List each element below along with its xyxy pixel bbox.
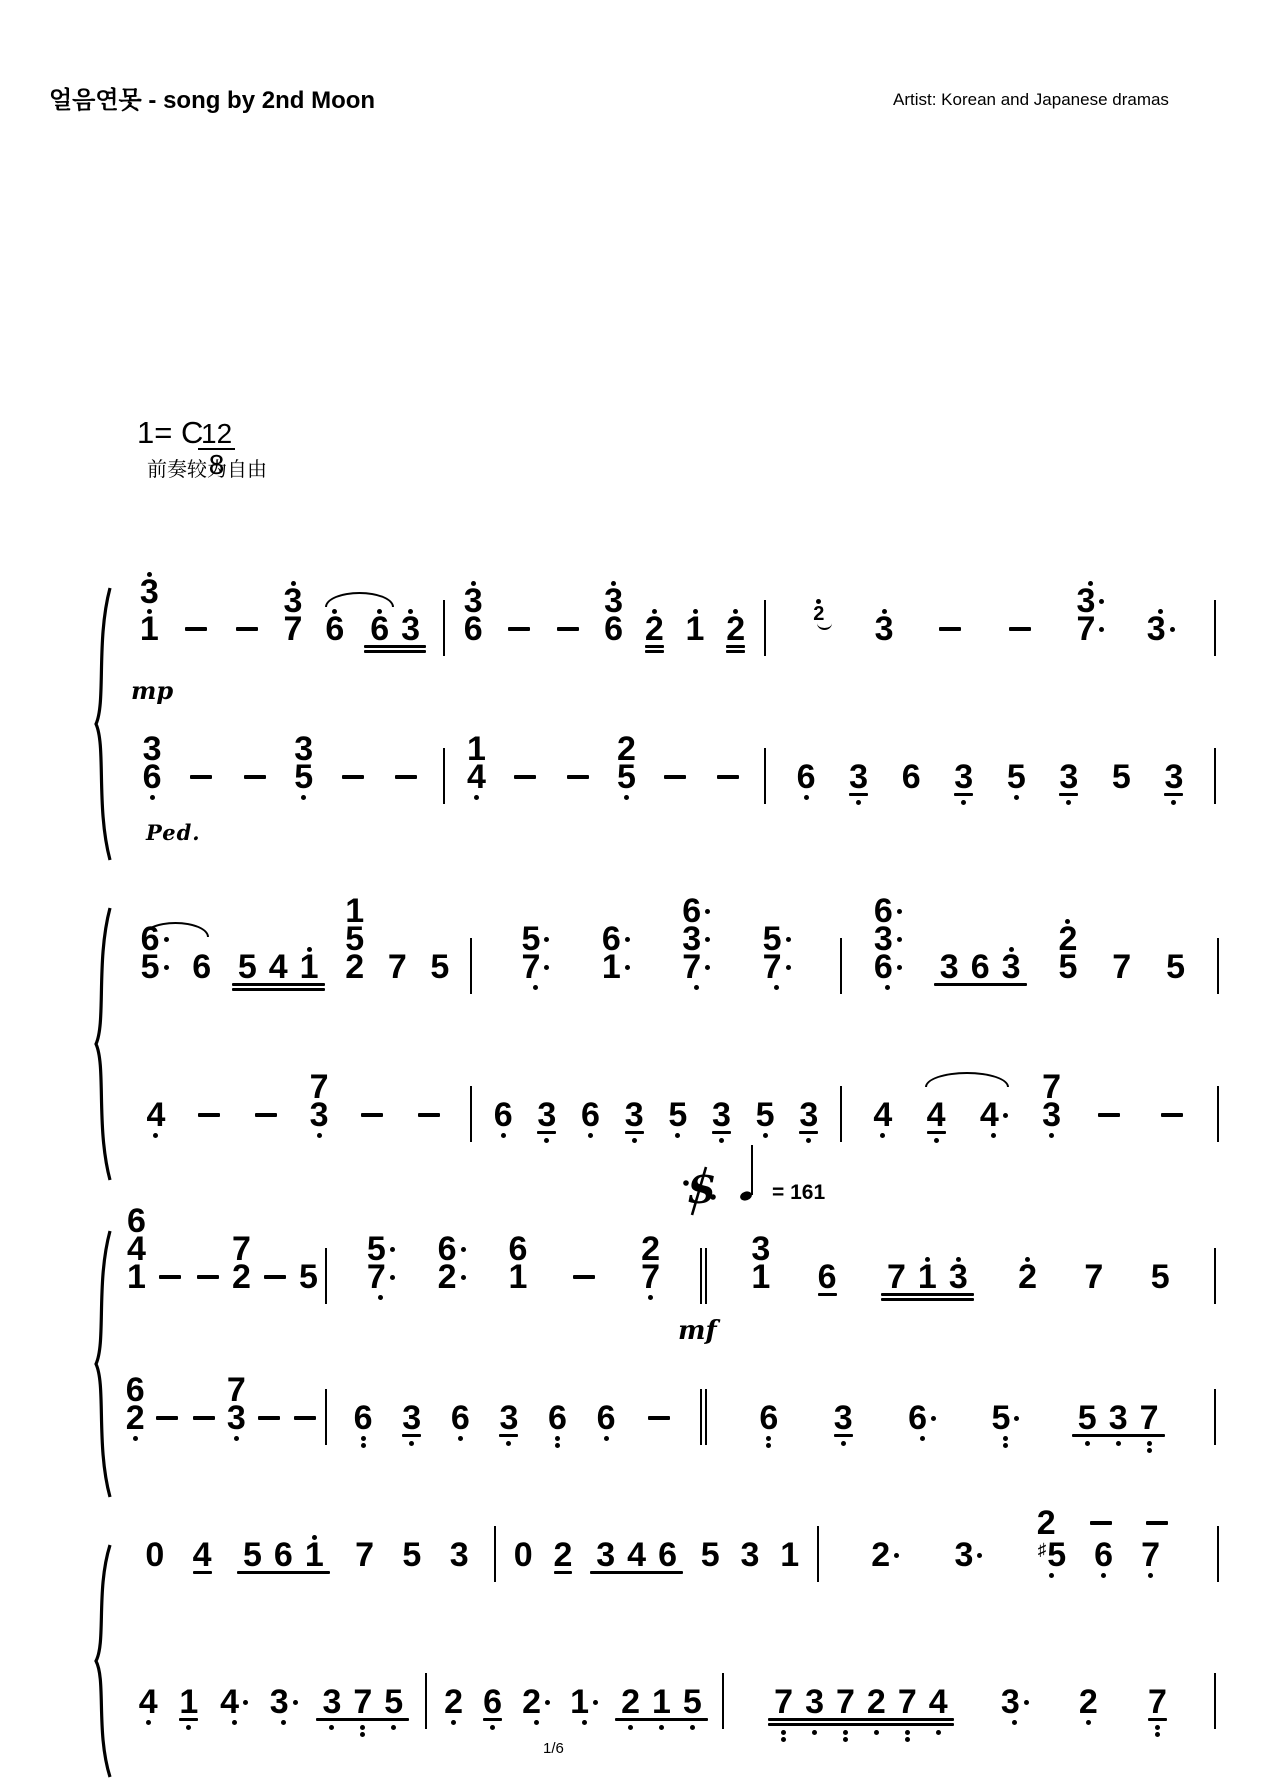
octave-dots-down (534, 1720, 539, 1725)
chord: 25 (1055, 917, 1080, 1008)
note-digit: 5 (668, 1102, 687, 1128)
chord: 62 (123, 1377, 148, 1459)
underline (483, 1718, 502, 1721)
augmentation-dot (544, 937, 549, 942)
note: 6 (756, 1405, 781, 1459)
group-member: 6 (268, 1542, 299, 1568)
below-zone (955, 1568, 983, 1596)
octave-dots-down (1066, 800, 1071, 805)
octave-dot (391, 1725, 396, 1730)
glyph (700, 1248, 702, 1304)
note-digit: 6 (1094, 1542, 1113, 1568)
note: 2 (868, 1542, 902, 1596)
voice-block: 2♯567 (1035, 1510, 1168, 1596)
note: 1 (567, 1689, 601, 1743)
barline (1214, 1248, 1216, 1304)
octave-dot (555, 1436, 560, 1441)
chord: 61 (505, 1236, 530, 1318)
octave-dot (146, 1720, 151, 1725)
note-digit: 2 (867, 1689, 886, 1715)
note-digit: 2 (726, 616, 745, 642)
note-digit: 2 (1018, 1264, 1037, 1290)
note-digit: 3 (537, 1102, 556, 1128)
group-below (1072, 1431, 1165, 1459)
note: 2 (519, 1689, 553, 1743)
underline (537, 1131, 556, 1134)
octave-dots-down (361, 1436, 366, 1448)
octave-dots-down (1116, 1441, 1121, 1446)
grace-note: 2 (802, 597, 835, 630)
octave-dot (1147, 1441, 1152, 1446)
note-digit: 3 (596, 1542, 615, 1568)
glyph (347, 1723, 378, 1737)
octave-dot (317, 1133, 322, 1138)
underline (1148, 1718, 1167, 1721)
underline (712, 1131, 731, 1134)
octave-dot (812, 1730, 817, 1735)
measure: 6365537 (707, 1329, 1214, 1459)
octave-dot (360, 1725, 365, 1730)
octave-dot (1085, 1441, 1090, 1446)
note-digit: 7 (763, 954, 791, 980)
note: 6 (815, 1264, 840, 1318)
note-digit: 5 (430, 954, 449, 980)
group-member: 3 (943, 1255, 974, 1290)
below-zone (522, 1715, 550, 1743)
note: 3 (1144, 607, 1178, 670)
note-digit: 2 (645, 616, 664, 642)
below-zone (780, 1568, 799, 1596)
duration-dash (190, 775, 212, 779)
octave-dots-down (961, 800, 966, 805)
octave-dots-down (1086, 1720, 1091, 1725)
note-digit: 0 (145, 1542, 164, 1568)
octave-dots-down (936, 1730, 941, 1735)
group-member: 6 (965, 954, 996, 980)
underline (193, 1571, 212, 1574)
sheet-music-page: { "header": { "title": "얼음연못 - song by 2… (0, 0, 1264, 1783)
note: 1 (777, 1542, 802, 1596)
octave-dots-down (1085, 1441, 1090, 1446)
note-digit: 7 (367, 1264, 395, 1290)
note: 5 (427, 954, 452, 1008)
octave-dot (843, 1730, 848, 1735)
octave-dots-down (675, 1133, 680, 1138)
underline (1164, 793, 1183, 796)
below-zone (1059, 790, 1078, 818)
below-zone (954, 790, 973, 818)
augmentation-dot (1099, 627, 1104, 632)
note: 4 (924, 1102, 949, 1156)
below-zone (450, 1568, 469, 1596)
note-digit: 7 (1141, 1542, 1160, 1568)
note-digit: 2 (871, 1542, 899, 1568)
note: 3 (872, 607, 897, 670)
system-2-treble: 656541152755761637576363632575 (120, 878, 1219, 1008)
note-digit: 2 (438, 1264, 466, 1290)
octave-dot (360, 1732, 365, 1737)
octave-dots-down (719, 1138, 724, 1143)
note: 6 (322, 607, 347, 670)
note: 2 (551, 1542, 576, 1596)
group-member: 1 (646, 1689, 677, 1715)
note: 6 (491, 1102, 516, 1156)
octave-dot (232, 1720, 237, 1725)
below-zone (712, 1128, 731, 1156)
octave-dot (490, 1725, 495, 1730)
underline (934, 983, 1027, 986)
below-zone (741, 1568, 760, 1596)
system-4-treble: 0456175302346531232♯567 (120, 1466, 1219, 1596)
note: 0 (511, 1542, 536, 1596)
note: 6 (899, 764, 924, 818)
duration-dash (255, 1113, 277, 1117)
chord: 641 (124, 1208, 149, 1318)
octave-dot (153, 1133, 158, 1138)
measure: 23373 (766, 540, 1214, 670)
below-zone (548, 1431, 567, 1459)
below-zone (991, 1431, 1019, 1459)
group-member: 3 (799, 1689, 830, 1715)
octave-dots-down (555, 1436, 560, 1448)
chord-member: 2 (1058, 917, 1077, 952)
glyph (892, 1728, 923, 1742)
note: 4 (870, 1102, 895, 1156)
octave-dots-down (841, 1441, 846, 1446)
note-digit: 5 (1166, 954, 1185, 980)
octave-dots-down (378, 1295, 383, 1300)
underline (726, 645, 745, 648)
note-digit: 4 (873, 1102, 892, 1128)
octave-dot (506, 1441, 511, 1446)
below-zone (444, 1715, 463, 1743)
below-zone (402, 1431, 421, 1459)
note: 6 (351, 1405, 376, 1459)
octave-dot (961, 800, 966, 805)
octave-dot (1116, 1441, 1121, 1446)
below-zone (554, 1568, 573, 1596)
duration-dash (264, 1275, 286, 1279)
below-zone (726, 642, 745, 670)
note-digit: 6 (192, 954, 211, 980)
note-digit: 1 (780, 1542, 799, 1568)
chord: 36 (461, 579, 486, 670)
octave-dot (361, 1443, 366, 1448)
octave-dots-down (451, 1720, 456, 1725)
chord: 35 (291, 736, 316, 818)
barline (1217, 938, 1219, 994)
note-digit: 3 (875, 616, 894, 642)
note: 7 (1109, 954, 1134, 1008)
note-digit: 3 (270, 1689, 298, 1715)
note-digit: 6 (597, 1405, 616, 1431)
note: 3 (622, 1102, 647, 1156)
duration-dash (1161, 1113, 1183, 1117)
duration-dash (236, 627, 258, 631)
chord: 36 (601, 579, 626, 670)
glyph (615, 1723, 708, 1730)
note: 3 (1161, 764, 1186, 818)
underline (625, 1131, 644, 1134)
below-zone (354, 1431, 373, 1459)
augmentation-dot (593, 1700, 598, 1705)
note-digit: 3 (712, 1102, 731, 1128)
octave-dot (409, 1441, 414, 1446)
glyph (316, 1723, 347, 1737)
augmentation-dot (897, 965, 902, 970)
below-zone (908, 1431, 936, 1459)
augmentation-dot (461, 1275, 466, 1280)
augmentation-dot (705, 937, 710, 942)
note-digit: 6 (604, 616, 623, 642)
note-digit: 7 (898, 1689, 917, 1715)
group-member: 7 (1134, 1405, 1165, 1431)
duration-dash (418, 1113, 440, 1117)
note-digit: 6 (759, 1405, 778, 1431)
octave-dots-down (856, 800, 861, 805)
note-digit: 3 (954, 764, 973, 790)
measure: 3137663 (120, 540, 443, 670)
note: 5 (1004, 764, 1029, 818)
note: 3 (831, 1405, 856, 1459)
group-member: 3 (1103, 1405, 1134, 1431)
barline (1217, 1086, 1219, 1142)
beam-group: 713 (881, 1255, 974, 1318)
octave-dots-down (934, 1138, 939, 1143)
duration-dash (1146, 1521, 1168, 1525)
note: 1 (176, 1689, 201, 1743)
note-digit: 6 (274, 1542, 293, 1568)
octave-dots-down (360, 1725, 365, 1737)
system-1-treble: 3137663363621223373 (120, 540, 1216, 670)
octave-dots-down (812, 1730, 817, 1735)
duration-dash (258, 1416, 280, 1420)
note: 6 (480, 1689, 505, 1743)
octave-dots-down (659, 1725, 664, 1730)
octave-dots-down (1003, 1436, 1008, 1448)
augmentation-dot (894, 1553, 899, 1558)
underline (768, 1718, 954, 1721)
note: 3 (447, 1542, 472, 1596)
note: 3 (998, 1689, 1032, 1743)
below-zone (355, 1568, 374, 1596)
below-zone (1166, 980, 1185, 1008)
note: 3 (399, 1405, 424, 1459)
below-zone (310, 1128, 329, 1156)
below-zone (581, 1128, 600, 1156)
note-digit: 5 (243, 1542, 262, 1568)
note-digit: 7 (355, 1542, 374, 1568)
duration-dash (361, 1113, 383, 1117)
note-digit: 3 (401, 616, 420, 642)
measure: 4143375 (120, 1613, 425, 1743)
glyph: 215 (615, 1689, 708, 1715)
note-digit: 1 (305, 1542, 324, 1568)
octave-dot (905, 1737, 910, 1742)
octave-dot (905, 1730, 910, 1735)
note: ♯5 (1035, 1542, 1069, 1596)
note-digit: 7 (521, 954, 549, 980)
octave-dot (675, 1133, 680, 1138)
note-digit: 3 (310, 1102, 329, 1128)
note-digit: 2 (444, 1689, 463, 1715)
underline (726, 650, 745, 653)
duration-dash (1098, 1113, 1120, 1117)
underline (237, 1571, 330, 1574)
note-digit: 6 (494, 1102, 513, 1128)
note-digit: 3 (1002, 954, 1021, 980)
measure: 3636212 (445, 540, 764, 670)
measure: 3635 (120, 688, 443, 818)
measure: 63635353 (472, 1026, 840, 1156)
below-zone (126, 1431, 145, 1459)
chord-member: 3 (284, 579, 303, 614)
below-zone (270, 1715, 298, 1743)
augmentation-dot (931, 1416, 936, 1421)
barline (1214, 1389, 1216, 1445)
group-member: 1 (912, 1255, 943, 1290)
group-member: 5 (1072, 1405, 1103, 1431)
below-zone (873, 1128, 892, 1156)
octave-dots-down (232, 1720, 237, 1725)
note-digit: 7 (836, 1689, 855, 1715)
chord: 57 (518, 926, 552, 1008)
below-zone (902, 790, 921, 818)
octave-dots-down (281, 1720, 286, 1725)
measure: 02346531 (496, 1466, 817, 1596)
note-digit: 5 (299, 1264, 318, 1290)
glyph (615, 1723, 646, 1730)
underline (1072, 1434, 1165, 1437)
note: 3 (796, 1102, 821, 1156)
underline (881, 1298, 974, 1301)
note-digit: 6 (325, 616, 344, 642)
barline (1214, 600, 1216, 656)
note: 2 (441, 1689, 466, 1743)
beam-group: 346 (590, 1542, 683, 1596)
below-zone (874, 980, 902, 1008)
note: 1 (683, 607, 708, 670)
note-digit: 5 (1151, 1264, 1170, 1290)
note: 6 (905, 1405, 939, 1459)
duration-dash (198, 1113, 220, 1117)
below-zone (849, 790, 868, 818)
group-member: 3 (996, 945, 1027, 980)
underline (316, 1718, 409, 1721)
below-zone (143, 790, 162, 818)
below-zone (1147, 642, 1175, 670)
chord: 73 (1039, 1074, 1064, 1156)
glyph (677, 1723, 708, 1730)
octave-dot (628, 1725, 633, 1730)
octave-dot (1086, 1720, 1091, 1725)
underline (768, 1723, 954, 1726)
glyph: 713 (881, 1255, 974, 1290)
group-member: 3 (934, 954, 965, 980)
note-digit: 7 (887, 1264, 906, 1290)
note-digit: 4 (139, 1689, 158, 1715)
octave-dot (874, 1730, 879, 1735)
group-member: 5 (677, 1689, 708, 1715)
glyph: 737274 (768, 1689, 954, 1715)
below-zone (499, 1431, 518, 1459)
augmentation-dot (544, 965, 549, 970)
note: 5 (665, 1102, 690, 1156)
augmentation-dot (243, 1700, 248, 1705)
duration-dash (193, 1416, 215, 1420)
underline (590, 1571, 683, 1574)
group-member: 7 (892, 1689, 923, 1715)
below-zone (570, 1715, 598, 1743)
augmentation-dot (1024, 1700, 1029, 1705)
note-digit: 7 (682, 954, 710, 980)
note-digit: 5 (1058, 954, 1077, 980)
octave-dot (632, 1138, 637, 1143)
below-zone (294, 790, 313, 818)
note: 4 (190, 1542, 215, 1596)
augmentation-dot (390, 1247, 395, 1252)
octave-dots-down (624, 795, 629, 800)
augmentation-dot (461, 1247, 466, 1252)
octave-dot (361, 1436, 366, 1441)
note-digit: 3 (450, 1542, 469, 1568)
note-digit: 1 (686, 616, 705, 642)
below-zone (438, 1290, 466, 1318)
note-digit: 2 (813, 606, 824, 622)
note: 6 (448, 1405, 473, 1459)
octave-dot (781, 1730, 786, 1735)
measure: 737274327 (724, 1613, 1214, 1743)
glyph (700, 1389, 702, 1445)
duration-dash (159, 1275, 181, 1279)
below-zone (451, 1431, 470, 1459)
below-zone (325, 642, 344, 670)
octave-dot (533, 985, 538, 990)
underline (1059, 793, 1078, 796)
duration-dash (156, 1416, 178, 1420)
glyph (646, 1723, 677, 1730)
chord: 14 (464, 736, 489, 818)
octave-dot (1003, 1436, 1008, 1441)
octave-dot (690, 1725, 695, 1730)
note-digit: 7 (1148, 1689, 1167, 1715)
note-digit: ♯5 (1038, 1542, 1066, 1568)
octave-dot (458, 1436, 463, 1441)
octave-dot (719, 1138, 724, 1143)
octave-dots-down (301, 795, 306, 800)
grand-staff-brace (90, 905, 116, 1188)
group-member: 5 (232, 954, 263, 980)
note-digit: 4 (220, 1689, 248, 1715)
octave-dot (991, 1133, 996, 1138)
octave-dots-down (604, 1436, 609, 1441)
chord: 73 (307, 1074, 332, 1156)
chord-member: 3 (1076, 579, 1104, 614)
note: 7 (352, 1542, 377, 1596)
below-zone (179, 1715, 198, 1743)
note-digit: 5 (756, 1102, 775, 1128)
glyph (1103, 1439, 1134, 1453)
below-zone (834, 1431, 853, 1459)
note: 5 (399, 1542, 424, 1596)
chord: 61 (599, 926, 633, 1008)
octave-dot (1049, 1133, 1054, 1138)
group-member: 3 (590, 1542, 621, 1568)
octave-dots-down (1155, 1725, 1160, 1737)
group-member: 1 (299, 1533, 330, 1568)
duration-dash (244, 775, 266, 779)
measure: 636366 (327, 1329, 700, 1459)
